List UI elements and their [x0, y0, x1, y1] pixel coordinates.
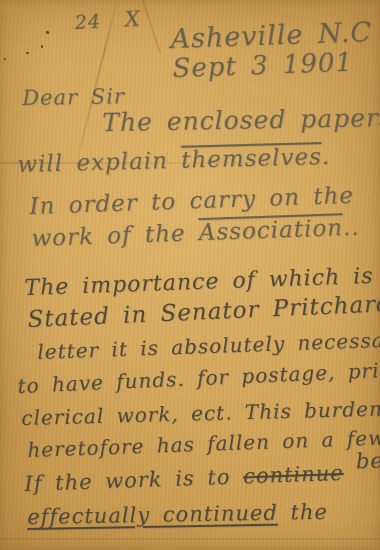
corner-number: 24	[74, 11, 101, 34]
line-will-explain: will explain themselves.	[17, 144, 330, 178]
struck-word: continue	[243, 461, 344, 488]
line-association: work of the Association..	[31, 215, 360, 252]
paper-speck	[26, 52, 29, 54]
overlined-word: Association	[198, 215, 343, 246]
overlined-word: themselves	[181, 144, 322, 174]
inserted-word: be	[355, 448, 380, 473]
salutation: Dear Sir	[22, 84, 125, 110]
line-clerical: clerical work, ect. This burden	[21, 397, 380, 430]
line-in-order: In order to carry on the	[29, 183, 354, 220]
line-if-work: If the work is to continue be	[24, 459, 380, 496]
paper-speck	[41, 45, 43, 48]
text-segment: If the work is to	[24, 464, 244, 496]
text-segment: .	[321, 144, 330, 170]
text-segment: will explain	[17, 148, 182, 178]
text-segment: work of the	[31, 220, 199, 252]
text-segment: ..	[343, 215, 361, 242]
line-heretofore: heretofore has fallen on a few.	[27, 425, 380, 462]
paper-crease	[141, 0, 161, 54]
letter-date: Sept 3 1901	[172, 48, 353, 84]
line-letter: letter it is absolutely necessary	[37, 327, 380, 364]
letter-paper: 24X Asheville N.C Sept 3 1901 Dear Sir T…	[0, 0, 380, 550]
line-effectually: effectually continued the	[27, 500, 328, 529]
corner-annotation: 24X	[74, 7, 141, 34]
paper-speck	[46, 31, 49, 34]
text-segment: the	[278, 500, 328, 525]
line-opening: The enclosed papers	[102, 103, 380, 137]
paper-speck	[4, 58, 6, 60]
underlined-phrase: effectually continued	[27, 501, 278, 529]
paper-crease	[0, 538, 380, 540]
corner-x-mark: X	[124, 7, 141, 32]
